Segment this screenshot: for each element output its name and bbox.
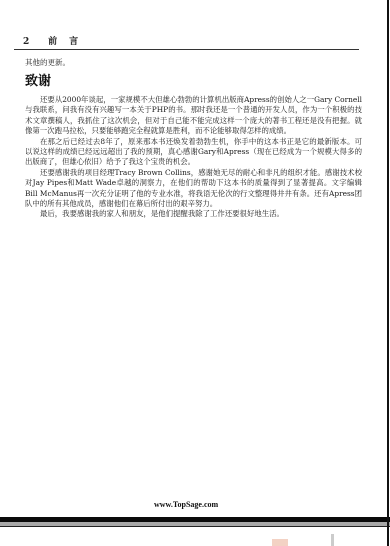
next-page-preview: [0, 527, 388, 546]
section-body: 还要从2000年谈起，一家规模不大但雄心勃勃的计算机出版商Apress的创始人之…: [25, 95, 362, 220]
paragraph: 还要从2000年谈起，一家规模不大但雄心勃勃的计算机出版商Apress的创始人之…: [25, 95, 362, 137]
page-right-border: [387, 0, 389, 546]
document-page: 2 前言 其他的更新。 致谢 还要从2000年谈起，一家规模不大但雄心勃勃的计算…: [0, 0, 388, 517]
paragraph: 最后，我要感谢我的家人和朋友，是他们提醒我除了工作还要很好地生活。: [25, 209, 362, 219]
footer-url: www.TopSage.com: [154, 500, 218, 509]
header-rule: [14, 49, 359, 50]
chapter-title: 前言: [48, 34, 90, 47]
page-number: 2: [23, 37, 45, 47]
next-page-fragment: [331, 534, 334, 546]
continued-text: 其他的更新。: [25, 57, 70, 68]
section-title: 致谢: [25, 70, 51, 89]
running-head: 2 前言: [23, 34, 90, 47]
paragraph: 在那之后已经过去8年了，原来那本书还焕发着勃勃生机，你手中的这本书正是它的最新版…: [25, 137, 362, 168]
next-page-fragment: [272, 539, 288, 546]
paragraph: 还要感谢我的项目经理Tracy Brown Collins，感谢她无尽的耐心和非…: [25, 168, 362, 210]
